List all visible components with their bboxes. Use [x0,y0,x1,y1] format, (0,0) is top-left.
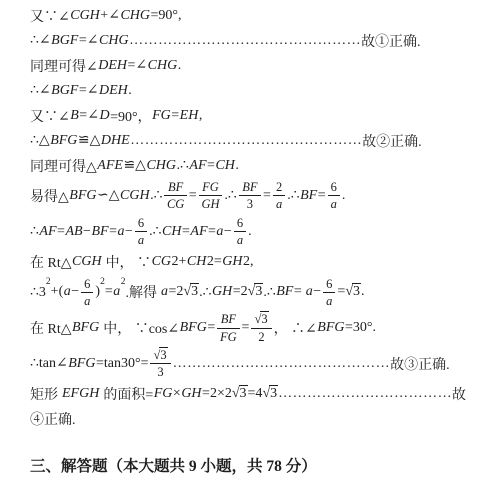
text-run: 中， ∵ [102,252,151,272]
math-variable: B [70,108,80,124]
fraction: 6a [234,216,246,248]
text-run: 6 [237,216,243,230]
text-run: 2+ [172,254,187,270]
numerator: 6 [135,216,147,232]
math-variable: CHG [99,33,130,49]
math-variable: BF [220,312,236,326]
text-run: = [109,224,117,240]
denominator: a [234,232,246,247]
denominator: a [328,196,340,211]
math-variable: BFG [72,320,100,336]
math-variable: DEH [98,58,128,74]
math-variable: CGH [70,8,101,24]
text-run: =∠ [79,107,99,124]
math-variable: a [330,197,337,211]
math-variable: FG [202,180,220,194]
text-run: 在 Rt△ [30,252,72,272]
radical-sign: √ [345,284,352,299]
text-run: =2 [233,284,248,300]
text-run: , [199,108,203,124]
text-run: = [182,224,190,240]
text-run: × [173,386,181,402]
text-run: 故②正确. [362,131,422,151]
square-root: √3 [254,311,268,326]
math-variable: GH [211,284,232,300]
numerator: 6 [81,277,93,293]
math-variable: DHE [100,133,130,149]
math-variable: FG [153,386,173,402]
radicand: 3 [254,283,263,299]
math-variable: CG [166,197,184,211]
line-b-d-90-fg-eh: 又∵∠B=∠D=90°，FG=EH, [30,103,466,128]
square-root: √3 [153,347,167,362]
text-run: ∴ [30,223,39,240]
text-run: − [83,224,91,240]
math-variable: CH [162,224,182,240]
math-variable: CHG [147,58,178,74]
text-run: .∴ [149,223,161,240]
math-variable: CH [215,158,235,174]
math-variable: BF [242,180,258,194]
math-variable: CHG [120,8,151,24]
text-run: = [294,284,305,300]
denominator: CG [164,196,186,211]
fraction: 6a [328,180,340,212]
numerator: BF [239,180,261,196]
math-variable: BFG [179,320,207,336]
radicand: 3 [190,283,199,299]
text-run: . [178,58,182,74]
text-run: = [189,188,197,204]
text-run: ∴3 [30,284,46,301]
text-run: 又∵∠ [30,106,70,126]
text-run: = [208,224,216,240]
line-angle-cgh-chg-90: 又∵∠CGH+∠CHG=90°, [30,3,466,28]
line-bgf-equals-chg-conclusion-1: ∴∠BGF=∠CHG…………………………………………故①正确. [30,28,466,53]
line-rt-bfg-cosine: 在 Rt△BFG 中， ∵cos∠BFG=BFFG=√32， ∴∠BFG=30°… [30,310,466,346]
square-root: √3 [345,284,361,300]
denominator: a [135,232,147,247]
fraction: 6a [81,277,93,309]
math-variable: a [275,197,282,211]
square-root: √3 [248,284,264,300]
text-run: =30°. [345,320,376,336]
math-variable: a [63,284,71,300]
math-variable: EH [179,108,199,124]
denominator: 2 [251,329,271,344]
text-run: .解得 [125,282,160,302]
denominator: a [81,293,93,308]
line-af-ab-minus-bf: ∴AF=AB−BF=a−6a.∴CH=AF=a−6a. [30,214,466,250]
line-conclusion-4: ④正确. [30,407,466,432]
text-run: =∠ [128,57,148,74]
line-solve-equation-a: ∴32+(a−6a)2=a2.解得 a=2√3.∴GH=2√3.∴BF= a−6… [30,275,466,311]
line-bfg-congruent-dhe-conclusion-2: ∴△BFG≌△DHE…………………………………………故②正确. [30,128,466,153]
math-variable: GH [181,386,202,402]
text-run: ∴△ [30,132,50,149]
radicand: 3 [352,283,361,299]
text-run: .∴ [150,187,162,204]
square-root: √3 [183,284,199,300]
text-run: .∴ [199,284,211,301]
text-run: 的面积= [100,384,153,404]
text-run: . [248,224,252,240]
text-run: .∴ [287,187,299,204]
denominator: 3 [239,196,261,211]
text-run: ④正确. [30,409,76,429]
fraction: FGGH [199,180,223,212]
radicand: 3 [269,385,278,401]
math-variable: a [137,233,144,247]
math-variable: DEH [99,83,129,99]
math-variable: CHG [146,158,177,174]
numerator: BF [217,312,239,328]
math-variable: a [326,294,333,308]
text-run: 同理可得∠ [30,56,98,76]
line-bgf-equals-deh: ∴∠BGF=∠DEH. [30,78,466,103]
numerator: 6 [323,277,335,293]
text-run: 同理可得△ [30,156,97,176]
text-run: − [125,224,133,240]
text-run: 故③正确. [390,354,450,374]
text-run: ∴∠ [30,82,51,99]
document-page: 又∵∠CGH+∠CHG=90°,∴∠BGF=∠CHG……………………………………… [0,0,480,480]
text-run: 2= [207,254,222,270]
numerator: √3 [150,348,170,364]
radicand: 3 [239,385,248,401]
math-variable: a [113,284,121,300]
math-variable: CGH [72,254,103,270]
text-run: . [128,83,132,99]
text-run: = [105,284,113,300]
text-run: = [337,284,345,300]
text-run: 易得△ [30,186,69,206]
math-variable: GH [201,197,220,211]
text-run: = [263,188,271,204]
math-variable: CH [186,254,206,270]
text-run: 3 [247,197,253,211]
dot-leader: ………………………………………… [130,133,362,149]
text-run: = [242,320,250,336]
math-variable: FG [220,330,238,344]
fraction: 6a [135,216,147,248]
text-run: 3 [157,365,163,379]
text-run: =2 [168,284,183,300]
square-root: √3 [262,386,278,402]
math-variable: EFGH [62,386,100,402]
text-run: 2 [276,180,282,194]
math-variable: a [216,224,224,240]
text-run: .∴ [263,284,275,301]
fraction: 6a [323,277,335,309]
math-variable: BFG [317,320,345,336]
fraction: BFFG [217,312,239,344]
fraction: BF3 [239,180,261,212]
denominator: FG [217,329,239,344]
math-variable: AF [190,224,208,240]
math-variable: BGF [51,83,79,99]
math-variable: AF [39,224,57,240]
math-variable: a [84,294,91,308]
text-run: =4 [248,386,263,402]
numerator: FG [199,180,223,196]
radicand: 3 [260,311,268,326]
text-run: =2×2 [202,386,232,402]
text-run: 6 [326,277,332,291]
numerator: 2 [273,180,285,196]
line-afe-congruent-chg: 同理可得△AFE≌△CHG.∴AF=CH. [30,153,466,178]
line-rt-cgh-pythagoras: 在 Rt△CGH 中， ∵CG2+CH2=GH2, [30,250,466,275]
denominator: 3 [150,364,170,379]
text-run: = [207,320,215,336]
radicand: 3 [159,347,167,362]
text-run: 故 [452,384,466,404]
text-run: =tan30°= [96,356,149,372]
fraction: √32 [251,312,271,344]
text-run: = [318,188,326,204]
math-variable: D [99,108,110,124]
text-run: 矩形 [30,384,62,404]
math-variable: BF [276,284,294,300]
text-run: 又∵∠ [30,6,70,26]
numerator: 6 [328,180,340,196]
math-variable: BFG [50,133,78,149]
text-run: ， ∴∠ [274,318,317,338]
text-run: +∠ [100,7,120,24]
math-variable: CGH [120,188,151,204]
text-run: =∠ [79,32,99,49]
math-variable: GH [222,254,243,270]
math-variable: BF [91,224,109,240]
text-run: =90°， [110,106,152,126]
fraction: 2a [273,180,285,212]
math-variable: AFE [97,158,124,174]
math-variable: AB [65,224,83,240]
dot-leader: ……………………………………… [173,356,391,372]
text-run: = [57,224,65,240]
math-variable: BGF [51,33,79,49]
math-variable: BFG [68,356,96,372]
text-run: 2 [258,330,264,344]
text-run: . [235,158,239,174]
text-run: .∴ [224,187,236,204]
text-run: = [207,158,215,174]
text-run: ≌△ [123,157,146,174]
text-run: +( [51,284,64,300]
text-run: 6 [138,216,144,230]
line-similar-triangles-ratios: 易得△BFG∽△CGH.∴BFCG=FGGH.∴BF3=2a.∴BF=6a. [30,178,466,214]
text-run: 6 [84,277,90,291]
math-variable: FG [152,108,172,124]
numerator: 6 [234,216,246,232]
text-run: ≌△ [78,132,101,149]
fraction: BFCG [164,180,186,212]
math-variable: a [160,284,168,300]
radical-sign: √ [232,386,239,401]
text-run: =∠ [79,82,99,99]
text-run: 在 Rt△ [30,318,72,338]
line-rectangle-area: 矩形 EFGH 的面积=FG×GH=2×2√3=4√3…………………………………… [30,382,466,407]
denominator: GH [199,196,223,211]
text-run: 6 [331,180,337,194]
denominator: a [323,293,335,308]
text-run: = [171,108,179,124]
math-variable: BFG [69,188,97,204]
text-run: ∴tan∠ [30,355,68,372]
math-variable: BF [167,180,183,194]
numerator: BF [164,180,186,196]
text-run: − [224,224,232,240]
numerator: √3 [251,312,271,328]
text-run: 故①正确. [361,31,421,51]
fraction: √33 [150,348,170,380]
text-run: 三、解答题（本大题共 9 小题，共 78 分） [30,454,317,476]
text-run: 中， ∵cos∠ [100,318,179,338]
text-run: =90°, [151,8,182,24]
text-run: . [342,188,346,204]
math-variable: BF [300,188,318,204]
text-run: − [313,284,321,300]
section-heading-jiedati: 三、解答题（本大题共 9 小题，共 78 分） [30,453,466,478]
math-variable: a [236,233,243,247]
math-variable: a [305,284,313,300]
text-run: − [71,284,79,300]
line-tan-conclusion-3: ∴tan∠BFG=tan30°=√33………………………………………故③正确. [30,346,466,382]
text-run: . [361,284,365,300]
dot-leader: ………………………………………… [129,33,361,49]
text-run: ∴∠ [30,32,51,49]
text-run: 2, [243,254,254,270]
math-variable: CG [151,254,171,270]
line-deh-equals-chg: 同理可得∠DEH=∠CHG. [30,53,466,78]
math-variable: a [117,224,125,240]
square-root: √3 [232,386,248,402]
document-body: 又∵∠CGH+∠CHG=90°,∴∠BGF=∠CHG……………………………………… [30,3,466,478]
denominator: a [273,196,285,211]
text-run: ∽△ [97,187,120,204]
math-variable: AF [189,158,207,174]
text-run: .∴ [177,157,189,174]
dot-leader: …………………………………… [278,386,452,402]
